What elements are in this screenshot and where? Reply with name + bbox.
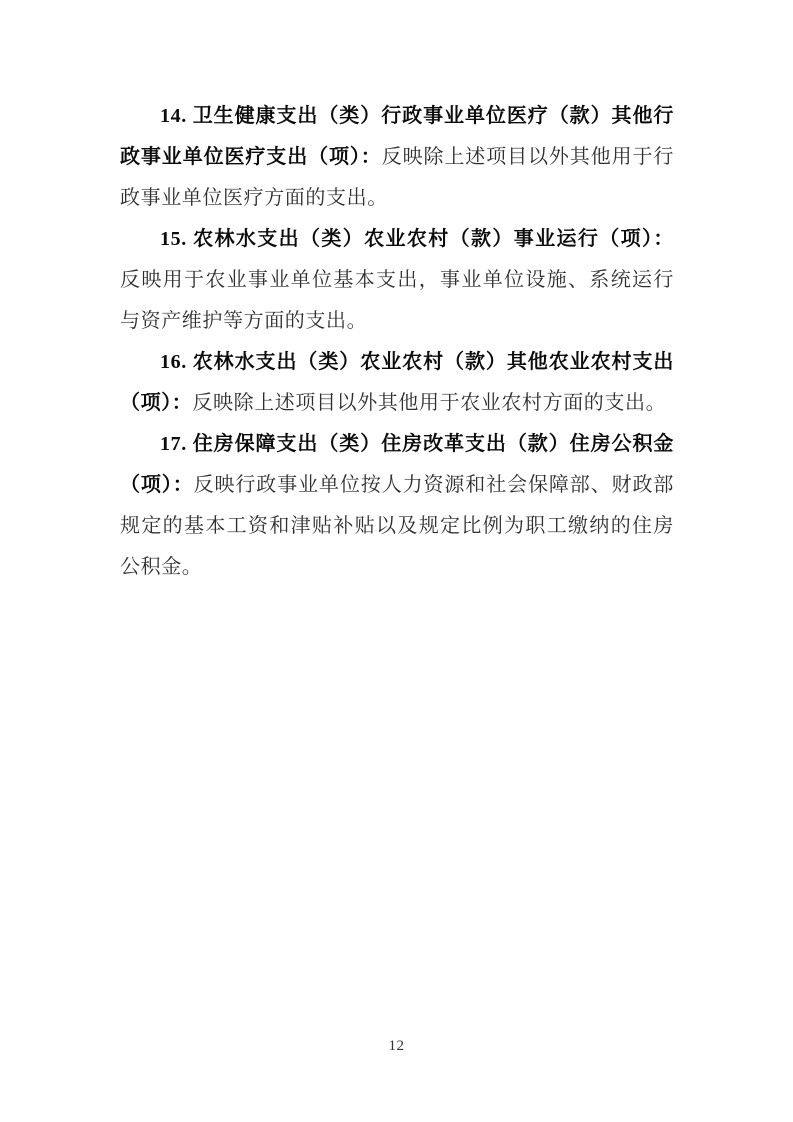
paragraph-body: 反映用于农业事业单位基本支出，事业单位设施、系统运行与资产维护等方面的支出。 (120, 269, 674, 332)
paragraph-lead: 15. 农林水支出（类）农业农村（款）事业运行（项）： (160, 228, 674, 250)
paragraph-item-14: 14. 卫生健康支出（类）行政事业单位医疗（款）其他行政事业单位医疗支出（项）：… (120, 96, 674, 219)
paragraph-body: 反映行政事业单位按人力资源和社会保障部、财政部规定的基本工资和津贴补贴以及规定比… (120, 474, 674, 578)
paragraph-item-17: 17. 住房保障支出（类）住房改革支出（款）住房公积金（项）：反映行政事业单位按… (120, 424, 674, 588)
paragraph-item-16: 16. 农林水支出（类）农业农村（款）其他农业农村支出（项）：反映除上述项目以外… (120, 342, 674, 424)
paragraph-item-15: 15. 农林水支出（类）农业农村（款）事业运行（项）：反映用于农业事业单位基本支… (120, 219, 674, 342)
paragraph-body: 反映除上述项目以外其他用于农业农村方面的支出。 (192, 392, 666, 414)
page-number: 12 (0, 1036, 793, 1056)
document-body: 14. 卫生健康支出（类）行政事业单位医疗（款）其他行政事业单位医疗支出（项）：… (120, 96, 674, 588)
document-page: 14. 卫生健康支出（类）行政事业单位医疗（款）其他行政事业单位医疗支出（项）：… (0, 0, 793, 1122)
